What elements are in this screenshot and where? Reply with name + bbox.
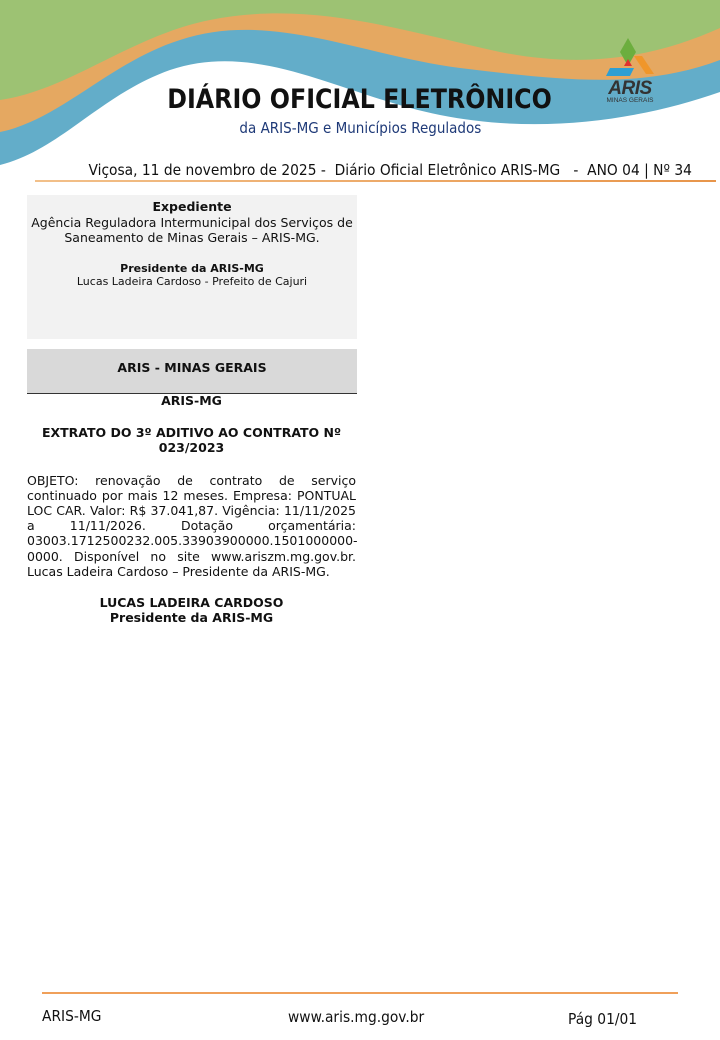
header-divider — [35, 180, 716, 182]
page-subtitle: da ARIS-MG e Municípios Regulados — [0, 119, 720, 137]
page-title: DIÁRIO OFICIAL ELETRÔNICO — [0, 84, 720, 115]
article-title: EXTRATO DO 3º ADITIVO AO CONTRATO Nº 023… — [27, 425, 356, 455]
edition-dateline: Viçosa, 11 de novembro de 2025 - Diário … — [36, 161, 692, 179]
expediente-president-name: Lucas Ladeira Cardoso - Prefeito de Caju… — [27, 275, 357, 288]
page-number: Pág 01/01 — [568, 1010, 643, 1028]
expediente-president-heading: Presidente da ARIS-MG — [27, 262, 357, 275]
signature-role: Presidente da ARIS-MG — [27, 610, 356, 625]
signature-name: LUCAS LADEIRA CARDOSO — [27, 595, 356, 610]
article-organ: ARIS-MG — [27, 393, 356, 408]
expediente-agency: Agência Reguladora Intermunicipal dos Se… — [27, 215, 357, 246]
expediente-box: Expediente Agência Reguladora Intermunic… — [27, 195, 357, 339]
expediente-heading: Expediente — [27, 199, 357, 215]
footer-org: ARIS-MG — [42, 1007, 107, 1025]
footer-website-link[interactable]: www.aris.mg.gov.br — [288, 1008, 436, 1026]
section-heading: ARIS - MINAS GERAIS — [27, 349, 357, 394]
article: ARIS-MG EXTRATO DO 3º ADITIVO AO CONTRAT… — [27, 393, 356, 625]
article-body: OBJETO: renovação de contrato de serviço… — [27, 473, 356, 579]
footer-divider — [42, 992, 678, 994]
